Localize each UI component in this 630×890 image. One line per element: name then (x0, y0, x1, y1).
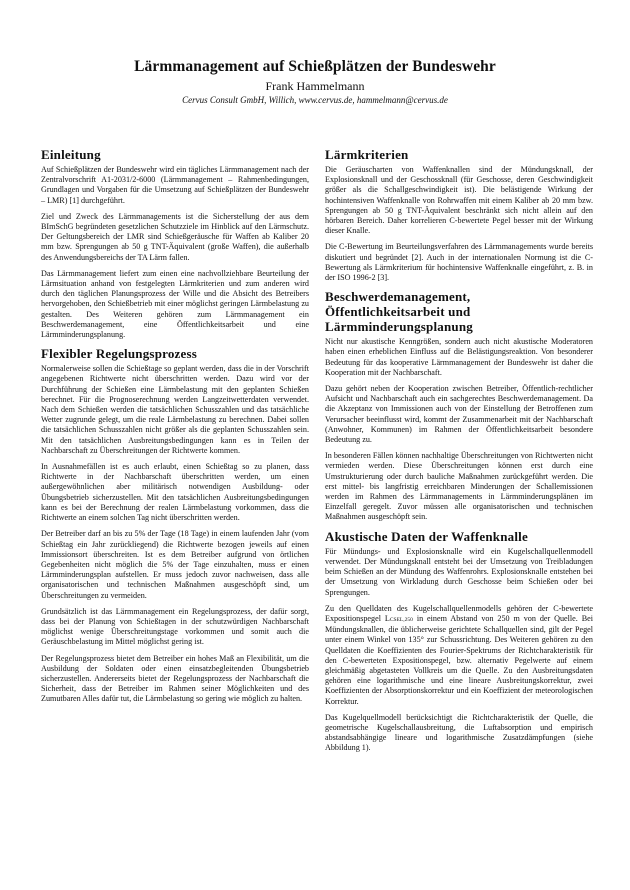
right-column: Lärmkriterien Die Geräuscharten von Waff… (325, 147, 593, 760)
author-name: Frank Hammelmann (0, 79, 630, 94)
section-heading-einleitung: Einleitung (41, 147, 309, 162)
level-subscript: CSEL,250 (390, 617, 413, 623)
paragraph-with-subscript: Zu den Quelldaten des Kugelschallquellen… (325, 604, 593, 707)
paragraph: Das Kugelquellmodell berücksichtigt die … (325, 713, 593, 754)
left-column: Einleitung Auf Schießplätzen der Bundesw… (41, 147, 309, 711)
paragraph: Normalerweise sollen die Schießtage so g… (41, 364, 309, 456)
section-heading-beschwerdemanagement: Beschwerdemanagement, Öffentlichkeitsarb… (325, 289, 593, 334)
text-run: in einem Abstand von 250 m von der Quell… (325, 614, 593, 706)
paragraph: Dazu gehört neben der Kooperation zwisch… (325, 384, 593, 445)
section-heading-akustische-daten: Akustische Daten der Waffenknalle (325, 529, 593, 544)
paragraph: Das Lärmmanagement liefert zum einen ein… (41, 269, 309, 340)
paragraph: Auf Schießplätzen der Bundeswehr wird ei… (41, 165, 309, 206)
paragraph: In Ausnahmefällen ist es auch erlaubt, e… (41, 462, 309, 523)
paragraph: Grundsätzlich ist das Lärmmanagement ein… (41, 607, 309, 648)
paragraph: In besonderen Fällen können nachhaltige … (325, 451, 593, 522)
paragraph: Ziel und Zweck des Lärmmanagements ist d… (41, 212, 309, 263)
paper-title: Lärmmanagement auf Schießplätzen der Bun… (0, 58, 630, 76)
paragraph: Die Geräuscharten von Waffenknallen sind… (325, 165, 593, 236)
section-heading-flexibler-regelungsprozess: Flexibler Regelungsprozess (41, 346, 309, 361)
paragraph: Der Regelungsprozess bietet dem Betreibe… (41, 654, 309, 705)
paragraph: Der Betreiber darf an bis zu 5% der Tage… (41, 529, 309, 600)
paper-page: Lärmmanagement auf Schießplätzen der Bun… (0, 0, 630, 890)
paragraph: Für Mündungs- und Explosionsknalle wird … (325, 547, 593, 598)
author-affiliation: Cervus Consult GmbH, Willich, www.cervus… (0, 95, 630, 106)
paper-header: Lärmmanagement auf Schießplätzen der Bun… (0, 58, 630, 106)
paragraph: Nicht nur akustische Kenngrößen, sondern… (325, 337, 593, 378)
section-heading-laermkriterien: Lärmkriterien (325, 147, 593, 162)
paragraph: Die C-Bewertung im Beurteilungsverfahren… (325, 242, 593, 283)
